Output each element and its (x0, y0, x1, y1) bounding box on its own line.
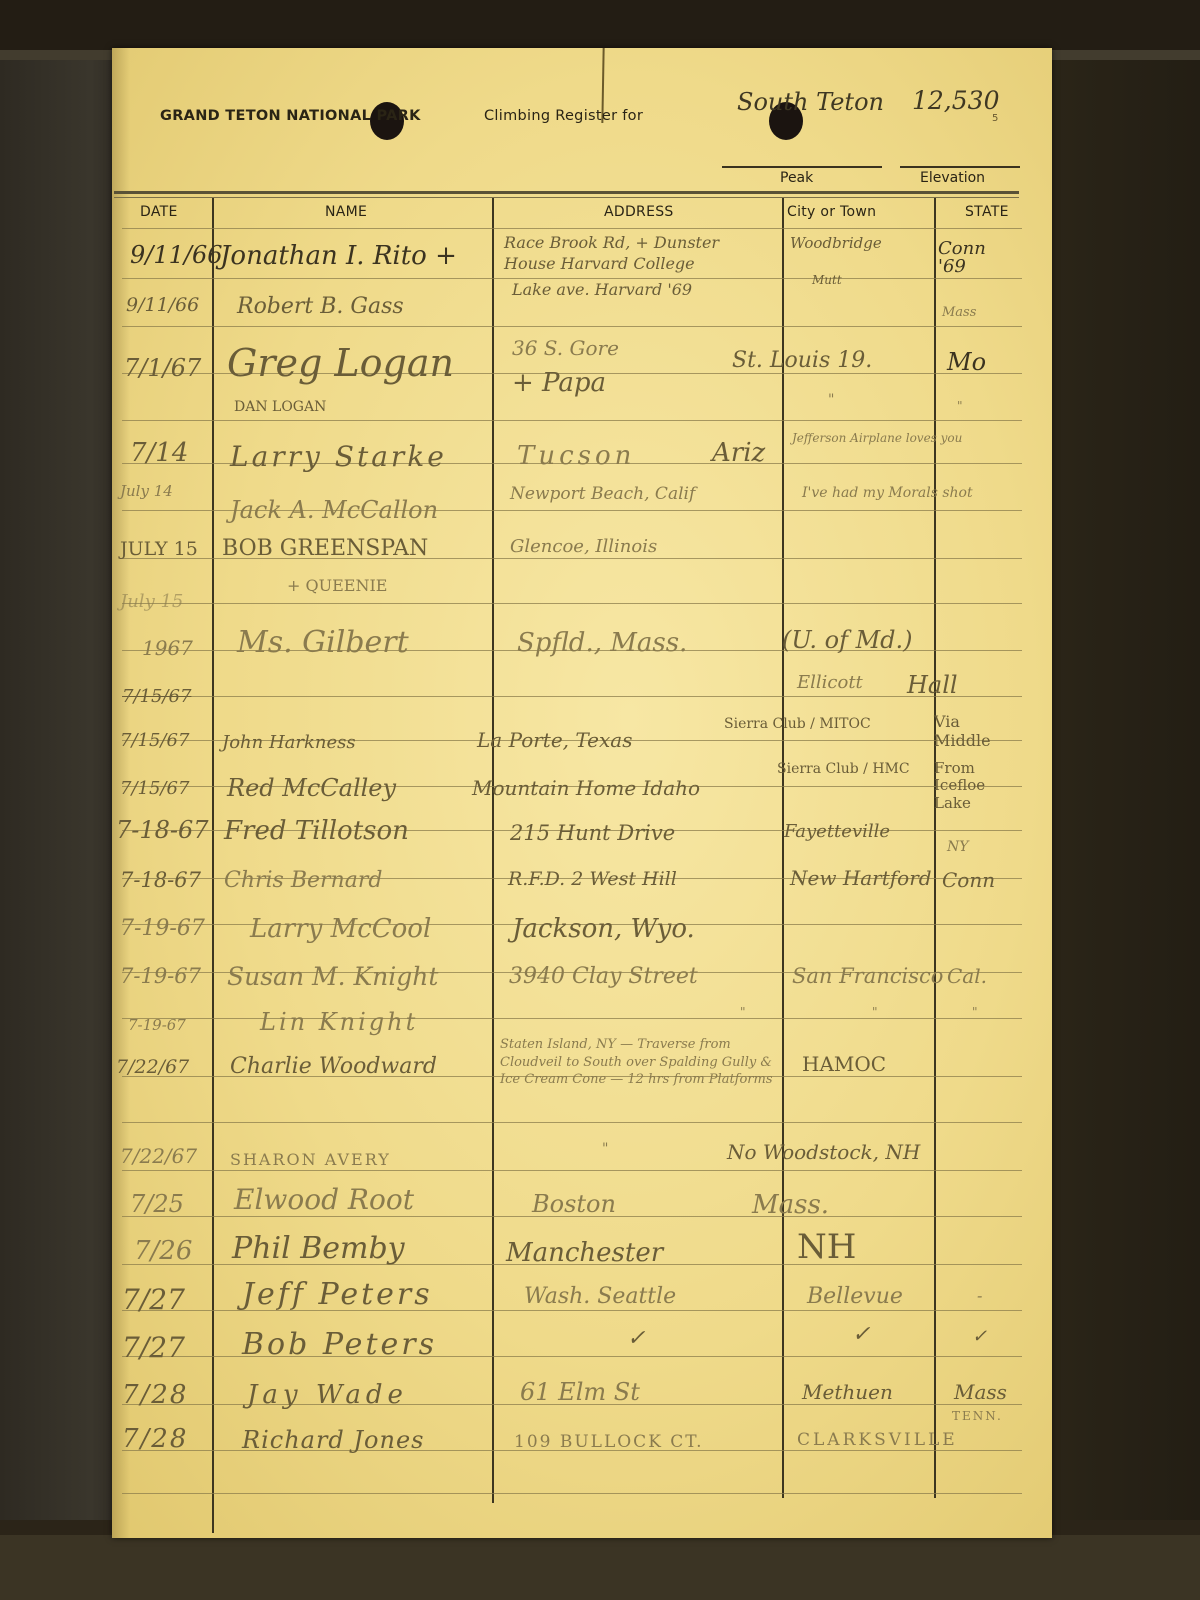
entry-city: Fayetteville (784, 823, 890, 841)
entry-date: 7/27 (122, 1334, 185, 1362)
entry-state: " (957, 400, 963, 412)
entry-city: San Francisco (792, 966, 943, 987)
background-right (1040, 60, 1200, 1520)
ruled-line (122, 228, 1022, 229)
ruled-line (122, 1170, 1022, 1171)
entry-note: Jefferson Airplane loves you (792, 432, 1022, 444)
entry-address: Manchester (506, 1240, 663, 1266)
entry-name: Larry Starke (230, 443, 447, 471)
entry-address: 36 S. Gore (512, 338, 619, 358)
entry-state: ✓ (972, 1328, 987, 1346)
entry-address: 3940 Clay Street (509, 966, 698, 988)
entry-city: Mutt (812, 274, 842, 286)
entry-state: Mo (947, 350, 986, 374)
entry-city: Ariz (712, 440, 765, 466)
entry-address: + Papa (512, 370, 606, 396)
entry-name: Susan M. Knight (227, 964, 438, 989)
ruled-line (122, 603, 1022, 604)
entry-state: " (972, 1006, 978, 1018)
entry-city: No Woodstock, NH (727, 1142, 920, 1162)
ruled-line (122, 1493, 1022, 1494)
entry-date: 7/22/67 (120, 1146, 197, 1166)
entry-note: I've had my Morals shot (802, 484, 1002, 504)
entry-address: Race Brook Rd, + Dunster House Harvard C… (504, 233, 774, 275)
entry-date: 7/15/67 (120, 732, 189, 750)
ruled-line (122, 696, 1022, 697)
entry-name: Red McCalley (227, 776, 396, 800)
entry-address: Tucson (517, 443, 635, 469)
entry-state: From Icefloe Lake (934, 760, 1014, 812)
entry-name: Bob Peters (242, 1330, 437, 1360)
ruled-line (122, 326, 1022, 327)
entry-name: SHARON AVERY (230, 1152, 391, 1168)
entry-name: Elwood Root (234, 1186, 414, 1214)
entry-date: 7-19-67 (120, 918, 205, 940)
entry-state: Mass (954, 1382, 1007, 1402)
ruled-line (122, 420, 1022, 421)
entry-date: 7/26 (134, 1238, 192, 1264)
entry-date: 7/22/67 (116, 1058, 189, 1077)
entry-city: Bellevue (807, 1286, 903, 1308)
entry-name: DAN LOGAN (234, 400, 326, 414)
entry-address: Jackson, Wyo. (512, 916, 695, 942)
entry-date: 7/27 (122, 1286, 185, 1314)
entry-name: Chris Bernard (224, 870, 382, 892)
entry-date: 7/25 (130, 1192, 184, 1216)
climbing-register-sheet: GRAND TETON NATIONAL PARK Climbing Regis… (112, 48, 1052, 1538)
entry-date: 7/1/67 (124, 356, 201, 380)
entry-name: Jay Wade (247, 1382, 408, 1408)
ruled-line (122, 1122, 1022, 1123)
entry-name: Jonathan I. Rito + (220, 243, 457, 269)
entry-city: Methuen (802, 1382, 893, 1402)
entry-name: Jeff Peters (242, 1280, 433, 1310)
entry-state: Conn '69 (938, 240, 1008, 276)
entry-city: New Hartford (790, 868, 932, 888)
entry-city: Sierra Club / MITOC (724, 716, 874, 733)
entry-name: + QUEENIE (287, 578, 387, 594)
entry-date: 1967 (142, 638, 193, 658)
entry-address: Lake ave. Harvard '69 (512, 280, 742, 301)
ruled-line (122, 1018, 1022, 1019)
entry-city: Woodbridge (790, 236, 882, 251)
background-left (0, 60, 130, 1520)
entry-name: Jack A. McCallon (230, 498, 438, 522)
entry-address: R.F.D. 2 West Hill (508, 870, 677, 889)
entry-state: Mass (942, 306, 976, 319)
entry-date: 7-18-67 (116, 818, 209, 842)
entry-date: 7/14 (130, 440, 188, 466)
entry-city: Ellicott (797, 674, 863, 692)
entry-city-ditto: " (740, 1006, 746, 1018)
entry-date: 7/28 (122, 1426, 188, 1452)
entry-state: TENN. (952, 1410, 1003, 1422)
entry-state: Cal. (947, 966, 987, 986)
entry-city: Sierra Club / HMC (777, 760, 917, 778)
entry-address: Newport Beach, Calif (510, 484, 750, 504)
entry-date: 9/11/66 (126, 296, 199, 315)
entry-name: BOB GREENSPAN (222, 538, 428, 560)
entry-state: NY (947, 840, 969, 854)
entry-name: Robert B. Gass (237, 296, 404, 318)
entry-address: 61 Elm St (520, 1380, 640, 1404)
entry-address: Spfld., Mass. (517, 630, 687, 656)
entry-date: 9/11/66 (130, 243, 223, 267)
entry-address: ✓ (627, 1328, 645, 1350)
entry-city: " (828, 393, 834, 407)
entry-name: Richard Jones (242, 1428, 424, 1452)
ruled-line (122, 278, 1022, 279)
entry-address: Staten Island, NY — Traverse from Cloudv… (500, 1036, 790, 1089)
entry-date: 7/15/67 (122, 688, 191, 706)
entry-name: John Harkness (222, 734, 356, 752)
entry-date: 7/15/67 (120, 780, 189, 798)
entry-address: " (602, 1142, 608, 1156)
entry-date: JULY 15 (120, 540, 198, 559)
entry-name: Lin Knight (260, 1010, 418, 1034)
entry-city: St. Louis 19. (732, 350, 872, 372)
entry-address: Boston (532, 1192, 616, 1216)
entry-name: Phil Bemby (232, 1234, 405, 1264)
entry-name: Charlie Woodward (230, 1056, 437, 1078)
entry-city: CLARKSVILLE (797, 1432, 958, 1449)
entry-date: 7-18-67 (120, 870, 201, 891)
entry-name: Larry McCool (250, 916, 431, 942)
entry-state: Hall (907, 673, 958, 697)
entry-city: NH (797, 1230, 856, 1264)
background-bottom (0, 1535, 1200, 1600)
entry-state: - (977, 1288, 982, 1304)
entry-date: 7/28 (122, 1382, 188, 1408)
entry-name: Fred Tillotson (224, 818, 409, 844)
entry-address: Wash. Seattle (524, 1286, 676, 1308)
entry-address: 215 Hunt Drive (510, 823, 675, 844)
entry-city: HAMOC (802, 1054, 886, 1074)
entry-address: 109 BULLOCK CT. (514, 1434, 704, 1451)
entry-city: " (872, 1006, 878, 1018)
entry-date: July 14 (120, 484, 200, 499)
entry-city: (U. of Md.) (782, 628, 913, 652)
entry-date: 7-19-67 (128, 1018, 186, 1033)
entry-date: 7-19-67 (120, 966, 201, 987)
entry-city: Mass. (752, 1192, 829, 1218)
entry-address: Glencoe, Illinois (510, 538, 657, 556)
entry-city: ✓ (852, 1324, 870, 1346)
entry-address: Mountain Home Idaho (472, 778, 700, 798)
entry-name: Greg Logan (227, 344, 454, 382)
entry-date: July 15 (120, 593, 183, 611)
entry-address: La Porte, Texas (477, 730, 633, 750)
entry-state: Via Middle (934, 712, 1014, 750)
entry-state: Conn (942, 870, 995, 890)
entry-name: Ms. Gilbert (237, 628, 409, 658)
